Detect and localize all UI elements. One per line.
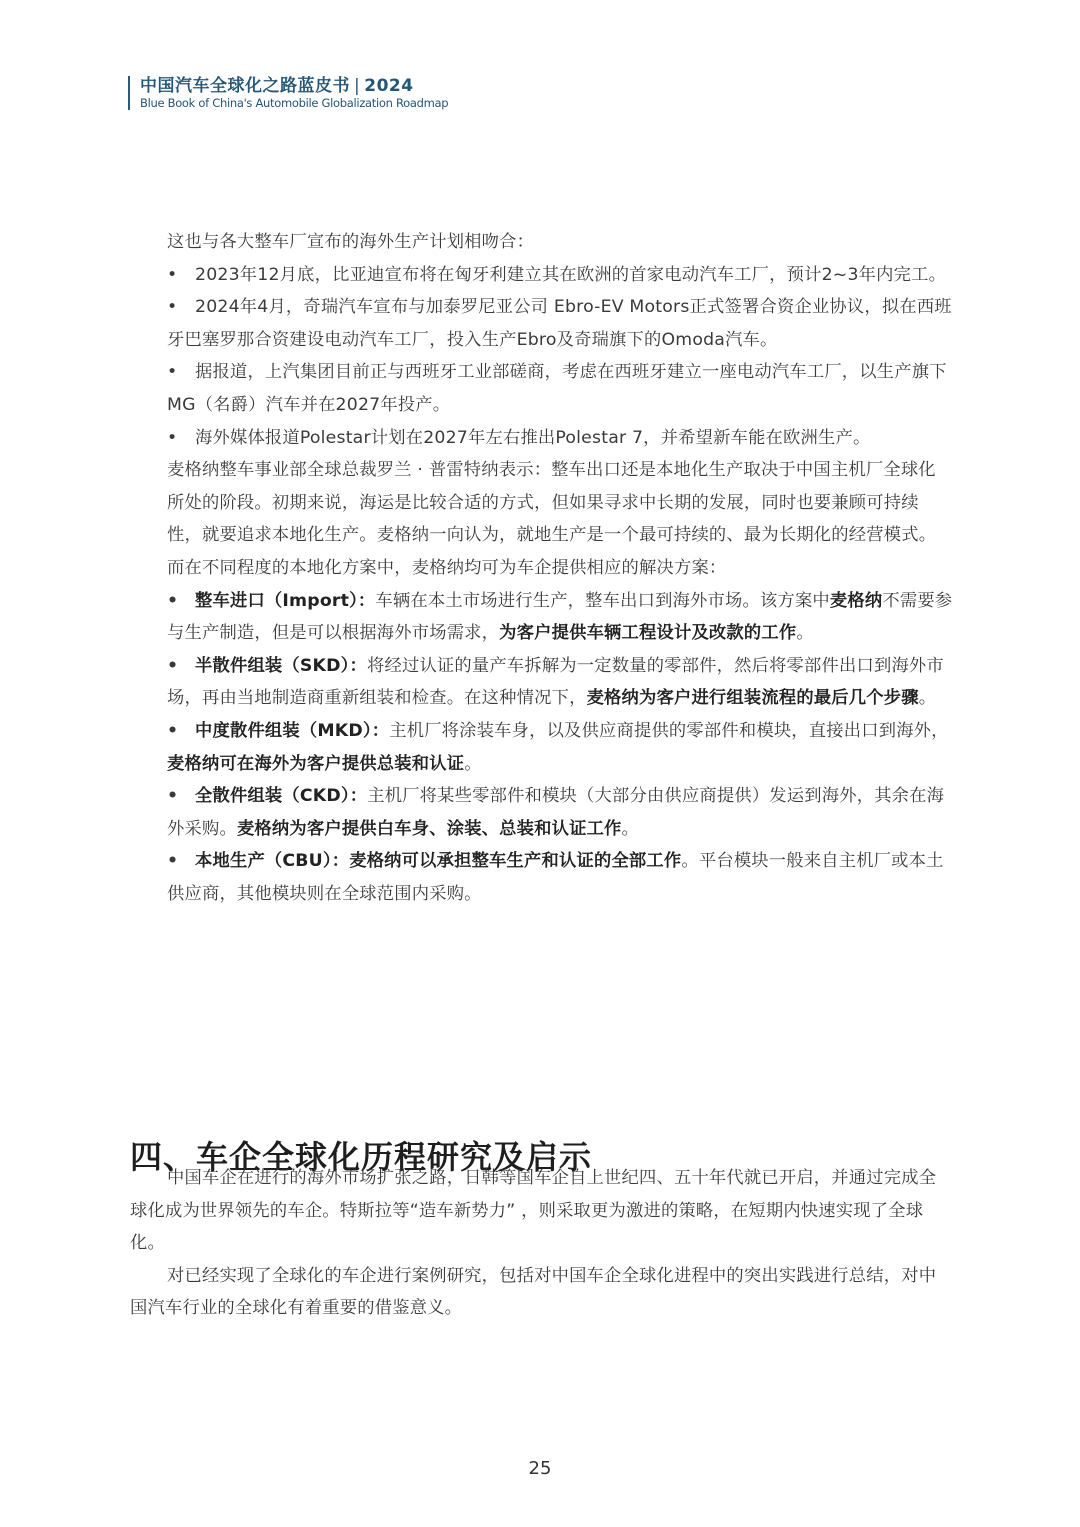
solution-term: 全散件组装（CKD）： <box>195 786 367 806</box>
list-item-text: 2023年12月底，比亚迪宣布将在匈牙利建立其在欧洲的首家电动汽车工厂，预计2~… <box>195 265 946 285</box>
solution-text-bold: 麦格纳 <box>830 591 882 611</box>
list-item: •2023年12月底，比亚迪宣布将在匈牙利建立其在欧洲的首家电动汽车工厂，预计2… <box>167 259 953 292</box>
solution-text: 。 <box>622 819 639 839</box>
list-item: •2024年4月，奇瑞汽车宣布与加泰罗尼亚公司 Ebro-EV Motors正式… <box>167 291 953 356</box>
solution-term: 整车进口（Import）： <box>195 591 375 611</box>
solution-text-bold: 麦格纳为客户提供白车身、涂装、总装和认证工作 <box>237 819 622 839</box>
list-item-text: 据报道，上汽集团目前正与西班牙工业部磋商，考虑在西班牙建立一座电动汽车工厂，以生… <box>167 362 947 415</box>
solution-item-skd: •半散件组装（SKD）：将经过认证的量产车拆解为一定数量的零部件，然后将零部件出… <box>167 650 953 715</box>
solution-text: 车辆在本土市场进行生产，整车出口到海外市场。该方案中 <box>375 591 830 611</box>
solution-text-bold: 麦格纳可以承担整车生产和认证的全部工作 <box>349 851 681 871</box>
list-item: •海外媒体报道Polestar计划在2027年左右推出Polestar 7，并希… <box>167 422 953 455</box>
solution-item-cbu: •本地生产（CBU）：麦格纳可以承担整车生产和认证的全部工作。平台模块一般来自主… <box>167 845 953 910</box>
bullet-icon: • <box>167 259 195 292</box>
solution-term: 半散件组装（SKD）： <box>195 656 367 676</box>
list-item-text: 2024年4月，奇瑞汽车宣布与加泰罗尼亚公司 Ebro-EV Motors正式签… <box>167 297 952 350</box>
bullet-icon: • <box>167 585 195 618</box>
solution-text-bold: 为客户提供车辆工程设计及改款的工作 <box>499 623 796 643</box>
section-paragraph: 对已经实现了全球化的车企进行案例研究，包括对中国车企全球化进程中的突出实践进行总… <box>130 1260 953 1325</box>
header-year: 2024 <box>364 76 413 96</box>
bullet-icon: • <box>167 422 195 455</box>
solution-text: 主机厂将涂装车身，以及供应商提供的零部件和模块，直接出口到海外， <box>389 721 948 741</box>
header-title-en: Blue Book of China's Automobile Globaliz… <box>140 96 448 110</box>
list-item: •据报道，上汽集团目前正与西班牙工业部磋商，考虑在西班牙建立一座电动汽车工厂，以… <box>167 356 953 421</box>
solution-text: 。 <box>464 754 481 774</box>
bullet-icon: • <box>167 356 195 389</box>
bullet-icon: • <box>167 780 195 813</box>
header-title-cn-text: 中国汽车全球化之路蓝皮书 <box>140 76 350 96</box>
solution-text: 。 <box>796 623 813 643</box>
solution-item-import: •整车进口（Import）：车辆在本土市场进行生产，整车出口到海外市场。该方案中… <box>167 585 953 650</box>
bullet-icon: • <box>167 715 195 748</box>
section-body: 中国车企在进行的海外市场扩张之路，日韩等国车企自上世纪四、五十年代就已开启，并通… <box>130 1162 953 1325</box>
section-paragraph: 中国车企在进行的海外市场扩张之路，日韩等国车企自上世纪四、五十年代就已开启，并通… <box>130 1162 953 1260</box>
header-title-cn: 中国汽车全球化之路蓝皮书|2024 <box>140 76 448 96</box>
intro-paragraph: 这也与各大整车厂宣布的海外生产计划相吻合： <box>167 226 953 259</box>
list-item-text: 海外媒体报道Polestar计划在2027年左右推出Polestar 7，并希望… <box>195 428 870 448</box>
solution-term: 中度散件组装（MKD）： <box>195 721 389 741</box>
header-separator: | <box>354 76 360 96</box>
solution-item-ckd: •全散件组装（CKD）：主机厂将某些零部件和模块（大部分由供应商提供）发运到海外… <box>167 780 953 845</box>
solutions-list: •整车进口（Import）：车辆在本土市场进行生产，整车出口到海外市场。该方案中… <box>167 585 953 911</box>
solution-term: 本地生产（CBU）： <box>195 851 349 871</box>
page-number: 25 <box>0 1458 1080 1479</box>
bullet-icon: • <box>167 845 195 878</box>
quote-text: 麦格纳整车事业部全球总裁罗兰 · 普雷特纳表示：整车出口还是本地化生产取决于中国… <box>167 460 936 545</box>
bullet-icon: • <box>167 291 195 324</box>
running-header: 中国汽车全球化之路蓝皮书|2024 Blue Book of China's A… <box>128 76 448 110</box>
bullet-icon: • <box>167 650 195 683</box>
solution-item-mkd: •中度散件组装（MKD）：主机厂将涂装车身，以及供应商提供的零部件和模块，直接出… <box>167 715 953 780</box>
quote-paragraph: 麦格纳整车事业部全球总裁罗兰 · 普雷特纳表示：整车出口还是本地化生产取决于中国… <box>167 454 953 552</box>
solution-text-bold: 麦格纳可在海外为客户提供总装和认证 <box>167 754 464 774</box>
solutions-intro: 而在不同程度的本地化方案中，麦格纳均可为车企提供相应的解决方案： <box>167 552 953 585</box>
main-content: 这也与各大整车厂宣布的海外生产计划相吻合： •2023年12月底，比亚迪宣布将在… <box>167 226 953 910</box>
solution-text-bold: 麦格纳为客户进行组装流程的最后几个步骤 <box>587 688 919 708</box>
plans-list: •2023年12月底，比亚迪宣布将在匈牙利建立其在欧洲的首家电动汽车工厂，预计2… <box>167 259 953 455</box>
solution-text: 。 <box>919 688 936 708</box>
